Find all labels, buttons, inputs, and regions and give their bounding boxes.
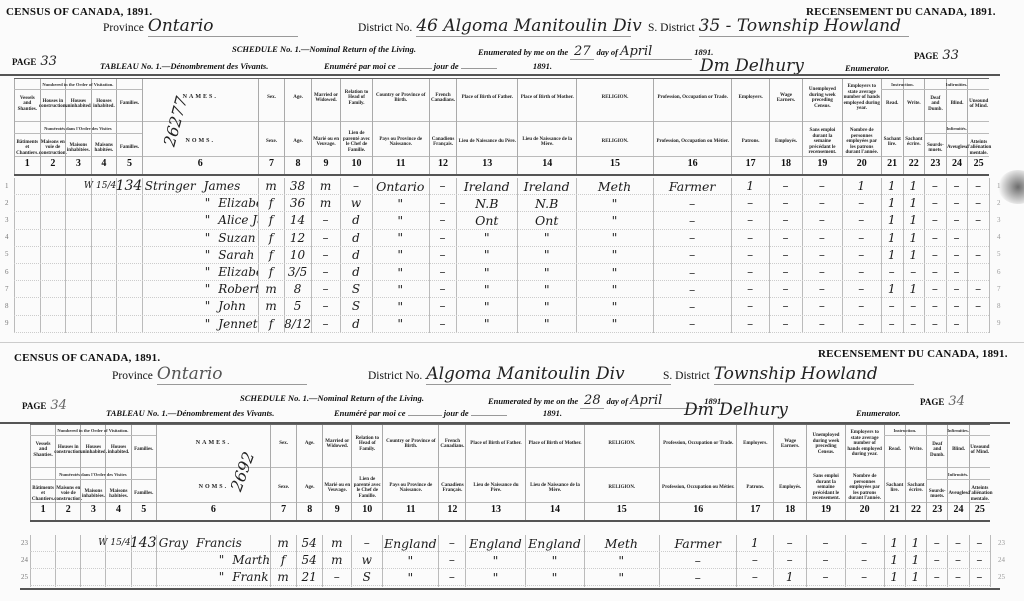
cell-c20: – bbox=[842, 316, 881, 332]
cell-c4: W 15/4 bbox=[91, 178, 117, 194]
province-field: Province Ontario bbox=[103, 16, 298, 37]
column-number: 24 bbox=[948, 504, 968, 515]
group-header-numbered-en: Numbered in the Order of Visitation. bbox=[30, 425, 156, 436]
enumeration-month: April bbox=[620, 44, 692, 60]
column-header-17: Employers.Patrons.17 bbox=[731, 79, 768, 174]
column-label-fr: Lieu de Naissance de la Mère. bbox=[526, 469, 583, 507]
column-label-fr: Lieu de Naissance du Père. bbox=[466, 469, 525, 507]
cell-mother_bp: " bbox=[525, 552, 583, 568]
given-name: Suzan bbox=[218, 231, 255, 245]
cell-c4 bbox=[91, 230, 117, 246]
cell-french: – bbox=[438, 552, 465, 568]
column-label-fr: Canadiens Français. bbox=[439, 469, 465, 507]
cell-birthplace: England bbox=[382, 535, 438, 551]
surname: " bbox=[205, 213, 211, 227]
column-number: 5 bbox=[132, 504, 156, 515]
schedule-en: SCHEDULE No. 1.—Nominal Return of the Li… bbox=[232, 44, 416, 54]
line-number: 3 bbox=[5, 216, 9, 224]
cell-french: – bbox=[438, 535, 465, 551]
cell-c3 bbox=[80, 552, 105, 568]
person-name: "Martha bbox=[156, 552, 270, 568]
cell-c18: – bbox=[773, 552, 806, 568]
column-label-en: Married or Widowed. bbox=[312, 79, 340, 117]
person-name: "Robert bbox=[142, 281, 258, 297]
column-number: 24 bbox=[947, 158, 968, 169]
cell-french: – bbox=[429, 281, 457, 297]
cell-c23: – bbox=[924, 281, 946, 297]
schedule-en: SCHEDULE No. 1.—Nominal Return of the Li… bbox=[240, 393, 424, 403]
line-number: 7 bbox=[5, 285, 9, 293]
column-label-en: Families. bbox=[132, 437, 156, 463]
district-value: Algoma Manitoulin Div bbox=[426, 364, 671, 385]
cell-c20: – bbox=[845, 552, 884, 568]
cell-c24: – bbox=[946, 178, 968, 194]
column-header-9: Married or Widowed.Marié ou en Veuvage.9 bbox=[322, 425, 351, 520]
census-row: 7"Robertm8–S"–"""–––––11–––7 bbox=[14, 281, 989, 298]
province-value: Ontario bbox=[148, 16, 298, 37]
enumerated-fr: Enuméré par moi ce jour de 1891. bbox=[324, 61, 552, 71]
cell-c20: – bbox=[842, 195, 881, 211]
cell-c19: – bbox=[802, 212, 841, 228]
column-header-18: Wage Earners.Employés.18 bbox=[773, 425, 806, 520]
column-number: 16 bbox=[660, 504, 736, 515]
surname: " bbox=[205, 299, 211, 313]
cell-c1 bbox=[14, 212, 40, 228]
line-number: 6 bbox=[5, 268, 9, 276]
cell-c21: – bbox=[881, 298, 903, 314]
cell-c22: 1 bbox=[903, 195, 925, 211]
cell-c18: – bbox=[769, 247, 802, 263]
person-name: GrayFrancis bbox=[156, 535, 270, 551]
cell-c18: – bbox=[769, 298, 802, 314]
cell-father_bp: " bbox=[456, 247, 517, 263]
cell-relation: d bbox=[340, 264, 371, 280]
cell-c23: – bbox=[926, 569, 947, 585]
subdistrict-value: Township Howland bbox=[714, 364, 914, 385]
column-label-en: Married or Widowed. bbox=[323, 425, 351, 463]
cell-french: – bbox=[429, 247, 457, 263]
cell-birthplace: " bbox=[372, 264, 429, 280]
cell-c20: – bbox=[842, 281, 881, 297]
column-header-8: Age.Age.8 bbox=[296, 425, 322, 520]
column-number: 12 bbox=[430, 158, 457, 169]
enumeration-day: 28 bbox=[580, 393, 604, 409]
cell-c18: – bbox=[769, 230, 802, 246]
cell-c4 bbox=[91, 264, 117, 280]
column-label-en: Read. bbox=[882, 91, 903, 117]
cell-c17: 1 bbox=[731, 178, 768, 194]
ink-smudge bbox=[998, 170, 1024, 204]
cell-c1 bbox=[14, 281, 40, 297]
line-number-right: 25 bbox=[998, 573, 1005, 581]
column-label-en: French Canadians. bbox=[430, 79, 457, 117]
surname: " bbox=[205, 248, 211, 262]
column-number: 3 bbox=[66, 158, 91, 169]
cell-occupation: – bbox=[653, 298, 732, 314]
page-number-right: PAGE 33 bbox=[914, 46, 959, 64]
census-row: 25"Frankm21–S"–"""––1––11–––25 bbox=[30, 569, 990, 586]
cell-c22: 1 bbox=[903, 247, 925, 263]
column-header-6: NAMES.NOMS.6 bbox=[142, 79, 258, 174]
column-header-20: Employers to state average number of han… bbox=[842, 79, 881, 174]
subdistrict-field: S. District 35 - Township Howland bbox=[648, 16, 909, 37]
column-label-fr: Sans emploi durant la semaine précédant … bbox=[803, 123, 841, 161]
cell-age: 8 bbox=[284, 281, 311, 297]
person-name: "Alice Jan bbox=[142, 212, 258, 228]
cell-marital: – bbox=[311, 281, 340, 297]
cell-c20: 1 bbox=[842, 178, 881, 194]
column-label-fr: Sexe. bbox=[259, 123, 285, 161]
column-header-19: Unemployed during week preceding Census.… bbox=[802, 79, 841, 174]
cell-c21: 1 bbox=[884, 535, 905, 551]
cell-c2 bbox=[40, 212, 66, 228]
column-label-fr: Pays ou Province de Naissance. bbox=[383, 469, 438, 507]
cell-occupation: – bbox=[653, 281, 732, 297]
cell-marital: – bbox=[311, 230, 340, 246]
column-label-en: Place of Birth of Mother. bbox=[526, 425, 583, 463]
cell-age: 12 bbox=[284, 230, 311, 246]
column-number: 10 bbox=[341, 158, 371, 169]
column-label-fr: Sachant lire. bbox=[882, 123, 903, 161]
cell-c17: – bbox=[731, 264, 768, 280]
cell-occupation: – bbox=[659, 569, 736, 585]
line-number-right: 8 bbox=[997, 302, 1001, 310]
cell-c4 bbox=[91, 316, 117, 332]
district-field: District No. Algoma Manitoulin Div bbox=[368, 364, 671, 385]
column-number: 2 bbox=[41, 158, 66, 169]
cell-c21: 1 bbox=[884, 552, 905, 568]
census-row: 24"Marthaf54mw"–"""–––––11–––24 bbox=[30, 552, 990, 569]
column-number: 11 bbox=[373, 158, 429, 169]
cell-relation: – bbox=[340, 178, 371, 194]
column-number: 18 bbox=[770, 158, 802, 169]
cell-c17: – bbox=[736, 569, 773, 585]
cell-c19: – bbox=[802, 298, 841, 314]
cell-c25 bbox=[967, 264, 989, 280]
cell-c20: – bbox=[842, 247, 881, 263]
column-label-en: Write. bbox=[906, 437, 926, 463]
column-header-7: Sex.Sexe.7 bbox=[270, 425, 296, 520]
column-label-fr: Sachant écrire. bbox=[906, 469, 926, 507]
cell-c3 bbox=[65, 247, 91, 263]
column-header-grid: Vessels and Shanties.Bâtiments et Chanti… bbox=[14, 78, 989, 176]
column-label-en: Relation to Head of Family. bbox=[352, 425, 382, 463]
cell-c4 bbox=[91, 195, 117, 211]
cell-c2 bbox=[55, 535, 80, 551]
line-number: 23 bbox=[21, 539, 28, 547]
surname: " bbox=[205, 265, 211, 279]
column-number: 20 bbox=[846, 504, 884, 515]
given-name: Elizabeth bbox=[218, 196, 257, 210]
person-name: "Frank bbox=[156, 569, 270, 585]
cell-c1 bbox=[14, 247, 40, 263]
enumerator-signature: Dm Delhury bbox=[684, 400, 788, 420]
enumeration-day: 27 bbox=[570, 44, 594, 60]
cell-c17: – bbox=[731, 230, 768, 246]
column-label-fr: RELIGION. bbox=[577, 123, 653, 161]
line-number-right: 24 bbox=[998, 556, 1005, 564]
cell-c5 bbox=[116, 298, 142, 314]
cell-c25: – bbox=[969, 569, 990, 585]
cell-c24: – bbox=[946, 298, 968, 314]
person-name: "John bbox=[142, 298, 258, 314]
group-header-infirmities: Infirmities. bbox=[924, 79, 989, 90]
line-number: 8 bbox=[5, 302, 9, 310]
cell-sex: m bbox=[258, 298, 285, 314]
cell-c22: 1 bbox=[903, 212, 925, 228]
cell-birthplace: Ontario bbox=[372, 178, 429, 194]
line-number: 24 bbox=[21, 556, 28, 564]
column-label-en: Unsound of Mind. bbox=[968, 91, 989, 117]
column-number: 11 bbox=[383, 504, 438, 515]
column-number: 17 bbox=[737, 504, 773, 515]
person-name: "Elizabeth bbox=[142, 264, 258, 280]
column-label-en: Houses uninhabited. bbox=[66, 91, 91, 117]
column-label-en: Wage Earners. bbox=[774, 425, 806, 463]
cell-c25: – bbox=[969, 552, 990, 568]
cell-c1 bbox=[14, 264, 40, 280]
cell-french: – bbox=[429, 178, 457, 194]
cell-c22: – bbox=[903, 298, 925, 314]
cell-c17: – bbox=[731, 195, 768, 211]
census-rows-page-34: 23W 15/4143GrayFrancism54m–England–Engla… bbox=[30, 535, 990, 587]
column-number: 3 bbox=[81, 504, 105, 515]
cell-c20: – bbox=[842, 212, 881, 228]
cell-age: 10 bbox=[284, 247, 311, 263]
given-name: Martha bbox=[232, 553, 270, 567]
cell-religion: Meth bbox=[576, 178, 653, 194]
census-title-fr: RECENSEMENT DU CANADA, 1891. bbox=[818, 348, 1008, 360]
cell-c19: – bbox=[802, 247, 841, 263]
given-name: Robert bbox=[218, 282, 257, 296]
cell-c25: – bbox=[967, 247, 989, 263]
column-label-fr: Patrons. bbox=[732, 123, 768, 161]
cell-c18: – bbox=[769, 281, 802, 297]
column-header-14: Place of Birth of Mother.Lieu de Naissan… bbox=[517, 79, 576, 174]
cell-sex: f bbox=[258, 264, 285, 280]
cell-c23: – bbox=[924, 178, 946, 194]
cell-father_bp: England bbox=[465, 535, 525, 551]
column-header-13: Place of Birth of Father.Lieu de Naissan… bbox=[456, 79, 517, 174]
cell-c18: – bbox=[769, 195, 802, 211]
cell-c5 bbox=[131, 569, 156, 585]
cell-birthplace: " bbox=[372, 247, 429, 263]
cell-occupation: Farmer bbox=[659, 535, 736, 551]
cell-mother_bp: " bbox=[517, 264, 576, 280]
column-header-16: Profession, Occupation or Trade.Professi… bbox=[653, 79, 732, 174]
column-label-fr: Lien de parenté avec le Chef de Famille. bbox=[341, 123, 371, 161]
column-label-en: French Canadians. bbox=[439, 425, 465, 463]
column-divider bbox=[989, 178, 990, 333]
column-label-en: Houses uninhabited. bbox=[81, 437, 105, 463]
column-header-20: Employers to state average number of han… bbox=[845, 425, 884, 520]
cell-c17: – bbox=[731, 316, 768, 332]
column-number: 9 bbox=[312, 158, 340, 169]
column-label-en: Houses inhabited. bbox=[106, 437, 130, 463]
given-name: Francis bbox=[196, 536, 242, 550]
cell-c3 bbox=[65, 264, 91, 280]
column-header-12: French Canadians.Canadiens Français.12 bbox=[429, 79, 457, 174]
column-label-fr: Sachant lire. bbox=[885, 469, 905, 507]
line-number: 9 bbox=[5, 319, 9, 327]
cell-c17: – bbox=[731, 247, 768, 263]
cell-religion: " bbox=[576, 298, 653, 314]
line-number-right: 3 bbox=[997, 216, 1001, 224]
surname: " bbox=[205, 231, 211, 245]
cell-c23: – bbox=[924, 230, 946, 246]
column-label-fr: Lieu de Naissance de la Mère. bbox=[518, 123, 576, 161]
cell-c23: – bbox=[926, 535, 947, 551]
cell-c19: – bbox=[802, 281, 841, 297]
column-label-en: Employers. bbox=[737, 425, 773, 463]
cell-c4 bbox=[91, 281, 117, 297]
column-header-15: RELIGION.RELIGION.15 bbox=[576, 79, 653, 174]
cell-c20: – bbox=[842, 230, 881, 246]
column-label-en: Read. bbox=[885, 437, 905, 463]
cell-religion: " bbox=[576, 264, 653, 280]
column-label-en: Unsound of Mind. bbox=[970, 437, 990, 463]
cell-c4 bbox=[105, 569, 130, 585]
column-label-fr: Canadiens Français. bbox=[430, 123, 457, 161]
column-label-fr: Nombre de personnes employées par les pa… bbox=[843, 123, 881, 161]
cell-father_bp: " bbox=[465, 552, 525, 568]
cell-relation: S bbox=[340, 281, 371, 297]
given-name: Sarah bbox=[218, 248, 254, 262]
cell-occupation: – bbox=[659, 552, 736, 568]
cell-marital: – bbox=[322, 569, 351, 585]
cell-relation: S bbox=[340, 298, 371, 314]
column-number: 20 bbox=[843, 158, 881, 169]
column-label-en: Employers to state average number of han… bbox=[843, 79, 881, 117]
line-number-right: 7 bbox=[997, 285, 1001, 293]
cell-c4 bbox=[91, 247, 117, 263]
cell-c25: – bbox=[967, 281, 989, 297]
line-number: 2 bbox=[5, 199, 9, 207]
person-name: "Jennet bbox=[142, 316, 258, 332]
line-number: 1 bbox=[5, 182, 9, 190]
column-label-en: Place of Birth of Mother. bbox=[518, 79, 576, 117]
cell-sex: m bbox=[258, 178, 285, 194]
cell-relation: w bbox=[351, 552, 382, 568]
cell-c3 bbox=[65, 195, 91, 211]
cell-c4 bbox=[91, 298, 117, 314]
cell-religion: " bbox=[576, 230, 653, 246]
cell-c22: 1 bbox=[905, 535, 926, 551]
line-number-right: 23 bbox=[998, 539, 1005, 547]
cell-relation: d bbox=[340, 247, 371, 263]
cell-age: 3/5 bbox=[284, 264, 311, 280]
column-divider bbox=[990, 535, 991, 587]
province-label: Province bbox=[112, 370, 153, 382]
column-label-en: Houses inhabited. bbox=[92, 91, 117, 117]
cell-c23: – bbox=[924, 195, 946, 211]
cell-occupation: – bbox=[653, 264, 732, 280]
column-label-en: Profession, Occupation or Trade. bbox=[654, 79, 732, 117]
column-header-7: Sex.Sexe.7 bbox=[258, 79, 285, 174]
person-name: "Sarah bbox=[142, 247, 258, 263]
cell-c19: – bbox=[802, 316, 841, 332]
cell-c21: 1 bbox=[881, 230, 903, 246]
census-row: 8"Johnm5–S"–"""––––––––––8 bbox=[14, 298, 989, 315]
census-row: 1W 15/4134StringerJamesm38m–Ontario–Irel… bbox=[14, 178, 989, 195]
column-header-21: Read.Sachant lire.21 bbox=[884, 425, 905, 520]
surname: " bbox=[205, 282, 211, 296]
cell-religion: Meth bbox=[584, 535, 659, 551]
given-name: John bbox=[218, 299, 246, 313]
cell-relation: d bbox=[340, 316, 371, 332]
cell-c24: – bbox=[947, 569, 968, 585]
subdistrict-field: S. District Township Howland bbox=[663, 364, 914, 385]
cell-age: 21 bbox=[296, 569, 322, 585]
group-header-infirmities-fr: Infirmités. bbox=[926, 469, 990, 480]
column-label-en: Age. bbox=[285, 79, 311, 117]
cell-c1 bbox=[14, 316, 40, 332]
cell-c1 bbox=[30, 569, 55, 585]
cell-sex: f bbox=[258, 230, 285, 246]
column-label-fr: Employés. bbox=[770, 123, 802, 161]
column-label-fr: Sans emploi durant la semaine précédant … bbox=[807, 469, 845, 507]
cell-father_bp: " bbox=[465, 569, 525, 585]
surname: " bbox=[219, 570, 225, 584]
enumerator-signature: Dm Delhury bbox=[700, 56, 804, 76]
column-number: 2 bbox=[56, 504, 80, 515]
census-row: 9"Jennetf8/12–d"–"""–––––––––9 bbox=[14, 316, 989, 333]
cell-c18: – bbox=[769, 316, 802, 332]
column-label-en: Age. bbox=[297, 425, 322, 463]
census-row: 23W 15/4143GrayFrancism54m–England–Engla… bbox=[30, 535, 990, 552]
column-label-en: Place of Birth of Father. bbox=[457, 79, 517, 117]
column-header-grid: Vessels and Shanties.Bâtiments et Chanti… bbox=[30, 424, 990, 522]
cell-relation: w bbox=[340, 195, 371, 211]
cell-birthplace: " bbox=[372, 316, 429, 332]
cell-c21: – bbox=[881, 316, 903, 332]
line-number: 4 bbox=[5, 233, 9, 241]
cell-french: – bbox=[429, 264, 457, 280]
column-number: 16 bbox=[654, 158, 732, 169]
column-label-fr: Sexe. bbox=[271, 469, 296, 507]
person-name: StringerJames bbox=[142, 178, 258, 194]
column-label-fr: Marié ou en Veuvage. bbox=[312, 123, 340, 161]
cell-c23: – bbox=[924, 298, 946, 314]
cell-occupation: Farmer bbox=[653, 178, 732, 194]
cell-c21: 1 bbox=[881, 212, 903, 228]
province-field: Province Ontario bbox=[112, 364, 307, 385]
cell-father_bp: " bbox=[456, 298, 517, 314]
cell-father_bp: N.B bbox=[456, 195, 517, 211]
column-label-fr: Patrons. bbox=[737, 469, 773, 507]
column-number: 4 bbox=[92, 158, 117, 169]
given-name: Frank bbox=[232, 570, 268, 584]
column-label-fr: Marié ou en Veuvage. bbox=[323, 469, 351, 507]
column-label-en: Employers to state average number of han… bbox=[846, 425, 884, 463]
given-name: Jennet bbox=[218, 317, 257, 331]
group-header-numbered-en: Numbered in the Order of Visitation. bbox=[14, 79, 142, 90]
column-header-16: Profession, Occupation or Trade.Professi… bbox=[659, 425, 736, 520]
cell-c2 bbox=[40, 230, 66, 246]
cell-mother_bp: " bbox=[525, 569, 583, 585]
group-header-infirmities: Infirmities. bbox=[926, 425, 990, 436]
column-label-en: Blind. bbox=[947, 91, 968, 117]
column-number: 14 bbox=[518, 158, 576, 169]
column-number: 10 bbox=[352, 504, 382, 515]
column-label-fr: Age. bbox=[285, 123, 311, 161]
cell-c5 bbox=[116, 212, 142, 228]
cell-c25: – bbox=[967, 178, 989, 194]
cell-age: 54 bbox=[296, 535, 322, 551]
group-header-numbered-fr: Numérotés dans l'Ordre des Visites bbox=[30, 469, 156, 480]
cell-c5: 143 bbox=[131, 535, 156, 551]
cell-c17: 1 bbox=[736, 535, 773, 551]
